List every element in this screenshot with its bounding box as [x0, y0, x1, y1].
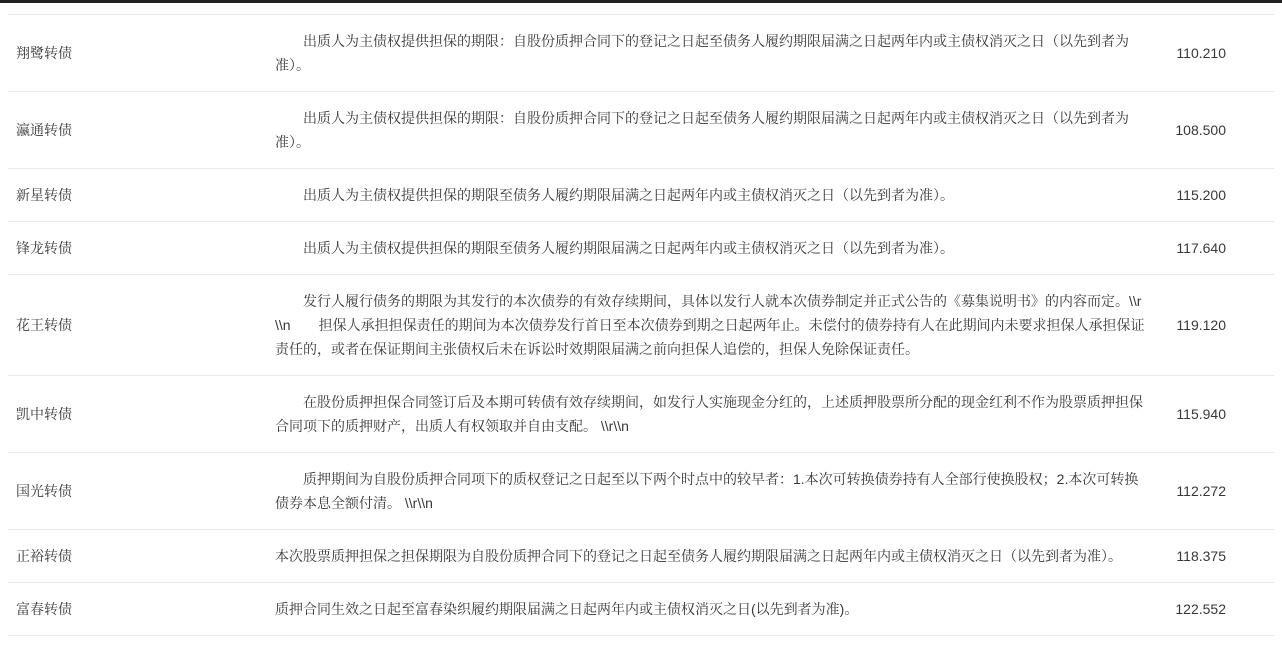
- bond-name: 花王转债: [8, 313, 275, 337]
- guarantee-term-description: 出质人为主债权提供担保的期限：自股份质押合同下的登记之日起至债务人履约期限届满之…: [275, 29, 1152, 77]
- guarantee-term-description: 发行人履行债务的期限为其发行的本次债券的有效存续期间，具体以发行人就本次债券制定…: [275, 289, 1152, 361]
- bond-price: 115.940: [1160, 402, 1226, 426]
- bond-name: 翔鹭转债: [8, 41, 275, 65]
- bond-price: 115.200: [1160, 183, 1226, 207]
- bond-price: 112.272: [1160, 479, 1226, 503]
- bond-name: 瀛通转债: [8, 118, 275, 142]
- bond-name: 富春转债: [8, 597, 275, 621]
- bond-price: 110.210: [1160, 41, 1226, 65]
- guarantee-term-description: 本次股票质押担保之担保期限为自股份质押合同下的登记之日起至债务人履约期限届满之日…: [275, 544, 1152, 568]
- bond-name: 凯中转债: [8, 402, 275, 426]
- guarantee-term-description: 出质人为主债权提供担保的期限至债务人履约期限届满之日起两年内或主债权消灭之日（以…: [275, 236, 1152, 260]
- bond-name: 国光转债: [8, 479, 275, 503]
- guarantee-term-description: 在股份质押担保合同签订后及本期可转债有效存续期间，如发行人实施现金分红的，上述质…: [275, 390, 1152, 438]
- table-row[interactable]: 富春转债 质押合同生效之日起至富春染织履约期限届满之日起两年内或主债权消灭之日(…: [8, 583, 1274, 636]
- bond-price: 118.375: [1160, 544, 1226, 568]
- top-window-edge: [0, 0, 1282, 3]
- table-row[interactable]: 翔鹭转债 出质人为主债权提供担保的期限：自股份质押合同下的登记之日起至债务人履约…: [8, 14, 1274, 92]
- table-row[interactable]: 凯中转债 在股份质押担保合同签订后及本期可转债有效存续期间，如发行人实施现金分红…: [8, 376, 1274, 453]
- table-row[interactable]: 锋龙转债 出质人为主债权提供担保的期限至债务人履约期限届满之日起两年内或主债权消…: [8, 222, 1274, 275]
- table-row[interactable]: 新星转债 出质人为主债权提供担保的期限至债务人履约期限届满之日起两年内或主债权消…: [8, 169, 1274, 222]
- bond-name: 新星转债: [8, 183, 275, 207]
- table-row[interactable]: 正裕转债 本次股票质押担保之担保期限为自股份质押合同下的登记之日起至债务人履约期…: [8, 530, 1274, 583]
- bond-price: 119.120: [1160, 313, 1226, 337]
- guarantee-term-description: 出质人为主债权提供担保的期限至债务人履约期限届满之日起两年内或主债权消灭之日（以…: [275, 183, 1152, 207]
- guarantee-term-description: 质押期间为自股份质押合同项下的质权登记之日起至以下两个时点中的较早者：1.本次可…: [275, 467, 1152, 515]
- table-row[interactable]: 瀛通转债 出质人为主债权提供担保的期限：自股份质押合同下的登记之日起至债务人履约…: [8, 92, 1274, 169]
- convertible-bond-table: 翔鹭转债 出质人为主债权提供担保的期限：自股份质押合同下的登记之日起至债务人履约…: [8, 14, 1274, 636]
- bond-price: 117.640: [1160, 236, 1226, 260]
- bond-price: 122.552: [1160, 597, 1226, 621]
- guarantee-term-description: 质押合同生效之日起至富春染织履约期限届满之日起两年内或主债权消灭之日(以先到者为…: [275, 597, 1152, 621]
- table-row[interactable]: 花王转债 发行人履行债务的期限为其发行的本次债券的有效存续期间，具体以发行人就本…: [8, 275, 1274, 376]
- bond-list-page: 翔鹭转债 出质人为主债权提供担保的期限：自股份质押合同下的登记之日起至债务人履约…: [0, 0, 1282, 647]
- bond-name: 正裕转债: [8, 544, 275, 568]
- table-row[interactable]: 国光转债 质押期间为自股份质押合同项下的质权登记之日起至以下两个时点中的较早者：…: [8, 453, 1274, 530]
- bond-price: 108.500: [1160, 118, 1226, 142]
- guarantee-term-description: 出质人为主债权提供担保的期限：自股份质押合同下的登记之日起至债务人履约期限届满之…: [275, 106, 1152, 154]
- bond-name: 锋龙转债: [8, 236, 275, 260]
